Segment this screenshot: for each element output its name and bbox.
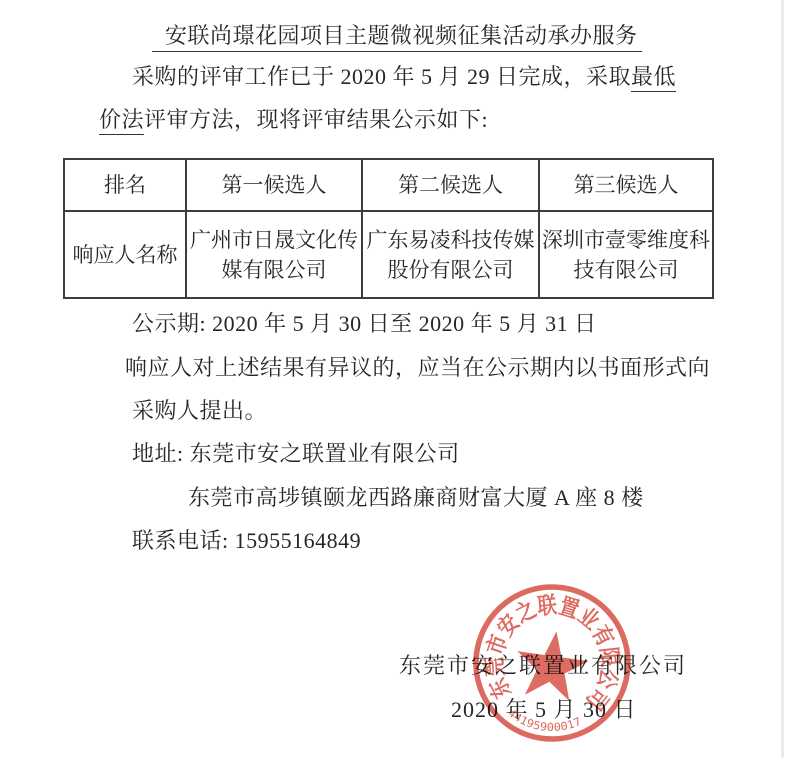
header-first-candidate: 第一候选人: [186, 159, 362, 211]
seal-star-icon: [511, 626, 592, 703]
address-line-1: 地址: 东莞市安之联置业有限公司: [132, 441, 460, 467]
evaluation-result-table: 排名 第一候选人 第二候选人 第三候选人 响应人名称 广州市日晟文化传媒有限公司…: [63, 158, 714, 299]
scan-edge-line: [781, 0, 784, 758]
paragraph-title-line: 安联尚璟花园项目主题微视频征集活动承办服务: [152, 23, 642, 49]
document-page: 安联尚璟花园项目主题微视频征集活动承办服务 采购的评审工作已于 2020 年 5…: [0, 0, 787, 758]
header-second-candidate: 第二候选人: [362, 159, 539, 211]
objection-line-2: 采购人提出。: [132, 398, 267, 424]
header-third-candidate: 第三候选人: [539, 159, 713, 211]
table-row: 响应人名称 广州市日晟文化传媒有限公司 广东易凌科技传媒股份有限公司 深圳市壹零…: [64, 211, 713, 298]
company-seal: 东莞市安之联置业有限公司 44195900017: [467, 578, 637, 748]
paragraph-line-2: 采购的评审工作已于 2020 年 5 月 29 日完成，采取最低: [132, 64, 676, 90]
paragraph-line-3-text: 评审方法，现将评审结果公示如下:: [144, 107, 488, 132]
paragraph-line-3: 价法评审方法，现将评审结果公示如下:: [99, 107, 488, 133]
candidate-3-cell: 深圳市壹零维度科技有限公司: [539, 211, 713, 298]
row-label-respondent-name: 响应人名称: [64, 211, 186, 298]
underlined-method-part2: 价法: [99, 107, 144, 135]
objection-line-1: 响应人对上述结果有异议的，应当在公示期内以书面形式向: [125, 355, 710, 381]
underlined-project-title: 安联尚璟花园项目主题微视频征集活动承办服务: [152, 23, 642, 52]
candidate-1-cell: 广州市日晟文化传媒有限公司: [186, 211, 362, 298]
table-header-row: 排名 第一候选人 第二候选人 第三候选人: [64, 159, 713, 211]
address-line-2: 东莞市高埗镇颐龙西路廉商财富大厦 A 座 8 楼: [188, 485, 644, 511]
header-rank: 排名: [64, 159, 186, 211]
paragraph-line-2-text: 采购的评审工作已于 2020 年 5 月 29 日完成，采取: [132, 64, 631, 89]
underlined-method-part1: 最低: [631, 64, 676, 92]
candidate-2-cell: 广东易凌科技传媒股份有限公司: [362, 211, 539, 298]
publicity-period-line: 公示期: 2020 年 5 月 30 日至 2020 年 5 月 31 日: [132, 311, 597, 337]
phone-line: 联系电话: 15955164849: [132, 528, 361, 554]
